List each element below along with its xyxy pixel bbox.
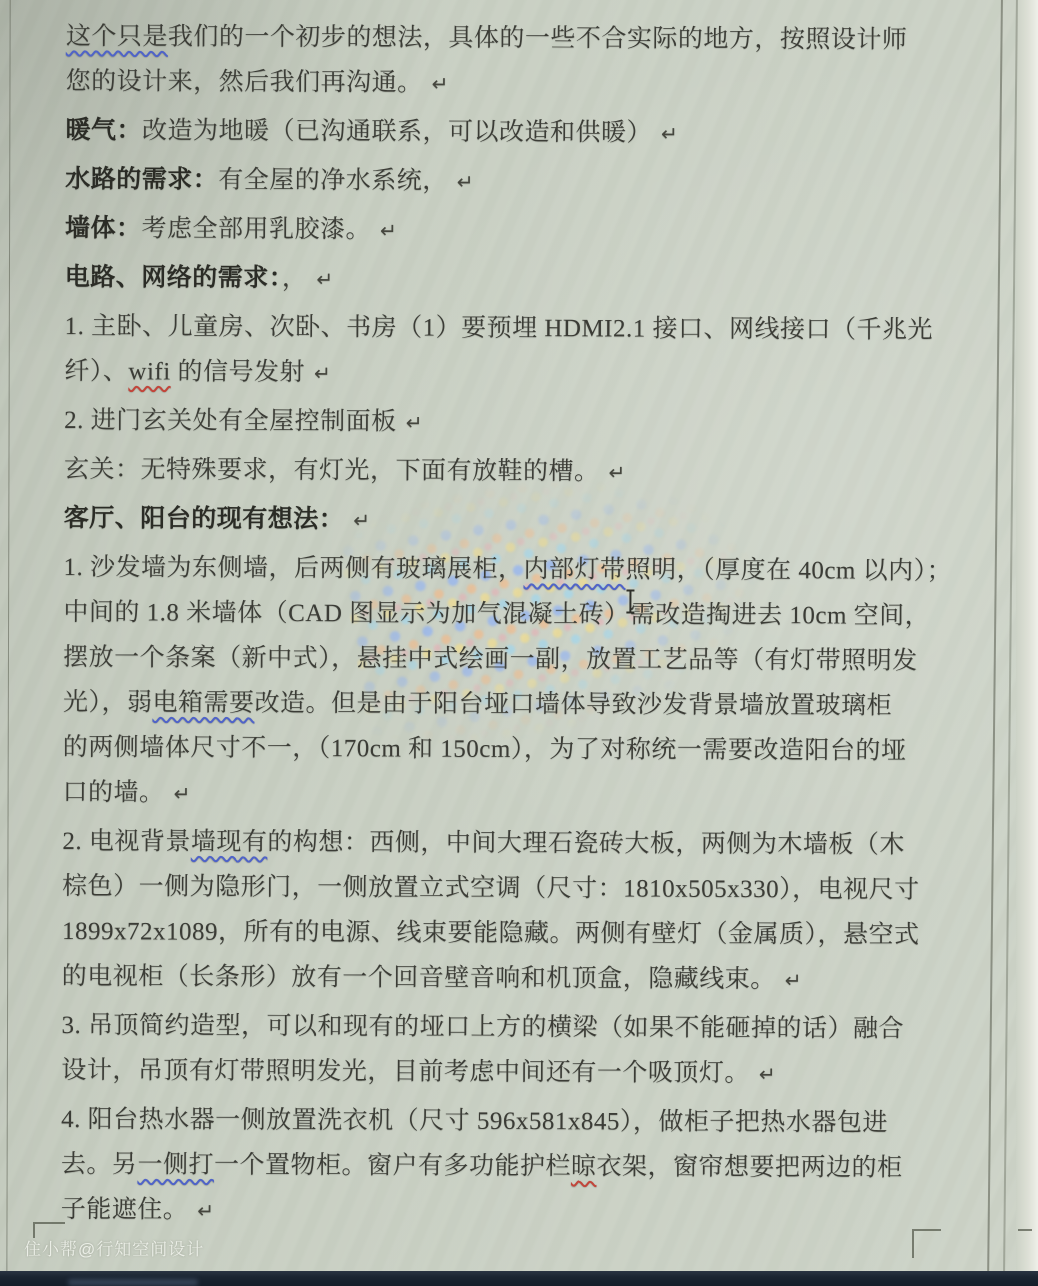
paragraph-mark: ↵ — [432, 72, 449, 96]
document-line[interactable]: 棕色）一侧为隐形门，一侧放置立式空调（尺寸：1810x505x330），电视尺寸 — [62, 864, 946, 913]
document-line[interactable]: 暖气：改造为地暖（已沟通联系，可以改造和供暖）↵ — [65, 108, 949, 158]
document-line[interactable]: 1. 沙发墙为东侧墙，后两侧有玻璃展柜，内部灯带照明，（厚度在 40cm 以内）… — [63, 545, 947, 594]
text-segment: 1899x72x1089，所有的电源、线束要能隐藏。两侧有壁灯（金属质），悬空式 — [62, 918, 920, 949]
paragraph-mark: ↵ — [785, 968, 802, 992]
text-cursor — [624, 590, 638, 614]
document-line[interactable]: 3. 吊顶简约造型，可以和现有的垭口上方的横梁（如果不能砸掉的话）融合 — [61, 1003, 945, 1052]
paragraph-mark: ↵ — [174, 781, 191, 805]
text-segment: 客厅、阳台的现有想法： — [64, 505, 345, 533]
document-line[interactable]: 客厅、阳台的现有想法：↵ — [64, 496, 948, 546]
paragraph-mark: ↵ — [608, 460, 625, 484]
text-segment: 纤）、 — [64, 358, 128, 385]
paragraph-mark: ↵ — [353, 508, 370, 532]
text-boundary-corner-mark — [1018, 1229, 1032, 1231]
text-segment: 改造为地暖（已沟通联系，可以改造和供暖） — [142, 117, 652, 146]
document-line[interactable]: 去。另一侧打一个置物柜。窗户有多功能护栏晾衣架，窗帘想要把两边的柜 — [61, 1142, 945, 1191]
text-segment: 2. 电视背景 — [62, 828, 191, 856]
text-segment: 暖气： — [65, 117, 142, 144]
text-segment: 照明，（厚度在 40cm 以内）； — [626, 556, 953, 584]
text-segment: 的两侧墙体尺寸不一，（170cm 和 150cm），为了对称统一需要改造阳台的垭 — [63, 734, 907, 765]
page-right-edge-line-inner — [987, 0, 1003, 1284]
paragraph-mark: ↵ — [314, 361, 331, 385]
text-segment: 电箱需要 — [152, 689, 254, 716]
text-segment: 墙体： — [65, 215, 142, 242]
bottom-dark-bar — [0, 1271, 1038, 1286]
document-text-area[interactable]: 这个只是我们的一个初步的想法，具体的一些不合实际的地方，按照设计师您的设计来，然… — [61, 11, 950, 1237]
paragraph-mark: ↵ — [380, 218, 397, 242]
text-segment: 您的设计来，然后我们再沟通。 — [66, 68, 423, 97]
photographed-word-document: 这个只是我们的一个初步的想法，具体的一些不合实际的地方，按照设计师您的设计来，然… — [0, 0, 1038, 1286]
text-segment: 水路的需求： — [65, 166, 218, 194]
text-segment: 衣架，窗帘想要把两边的柜 — [596, 1153, 902, 1181]
text-segment: 光），弱 — [63, 689, 153, 716]
document-line[interactable]: 这个只是我们的一个初步的想法，具体的一些不合实际的地方，按照设计师 — [66, 14, 950, 63]
text-segment: 口的墙。 — [63, 779, 165, 806]
text-segment: ， — [282, 265, 308, 292]
document-line[interactable]: 摆放一个条案（新中式），悬挂中式绘画一副，放置工艺品等（有灯带照明发 — [63, 635, 947, 684]
text-segment: 电路、网络的需求： — [65, 264, 282, 292]
document-line[interactable]: 电路、网络的需求：，↵ — [65, 255, 949, 305]
cutoff-text-smudge — [68, 1279, 198, 1286]
text-segment: 的信号发射 — [171, 358, 305, 386]
text-segment: 摆放一个条案（新中式），悬挂中式绘画一副，放置工艺品等（有灯带照明发 — [63, 644, 918, 675]
text-segment: 一侧打 — [137, 1151, 214, 1178]
text-segment: 1. 沙发墙为东侧墙，后两侧有玻璃展柜， — [64, 554, 524, 583]
text-segment: 考虑全部用乳胶漆。 — [142, 215, 372, 243]
document-line[interactable]: 光），弱电箱需要改造。但是由于阳台垭口墙体导致沙发背景墙放置玻璃柜 — [63, 680, 947, 729]
text-segment: 3. 吊顶简约造型，可以和现有的垭口上方的横梁（如果不能砸掉的话）融合 — [62, 1012, 905, 1043]
text-segment: 4. 阳台热水器一侧放置洗衣机（尺寸 596x581x845），做柜子把热水器包… — [61, 1106, 888, 1137]
page-right-edge-line-outer — [1003, 0, 1018, 1284]
paragraph-mark: ↵ — [661, 122, 678, 146]
paragraph-mark: ↵ — [759, 1062, 776, 1086]
document-line[interactable]: 玄关：无特殊要求，有灯光，下面有放鞋的槽。↵ — [64, 447, 948, 497]
text-segment: 子能遮住。 — [61, 1196, 189, 1224]
text-segment: 晾 — [571, 1153, 597, 1180]
document-line[interactable]: 2. 电视背景墙现有的构想：西侧，中间大理石瓷砖大板，两侧为木墙板（木 — [62, 819, 946, 868]
text-segment: 1. 主卧、儿童房、次卧、书房（1）要预埋 HDMI2.1 接口、网线接口（千兆… — [65, 313, 934, 344]
text-segment: 的电视柜（长条形）放有一个回音壁音响和机顶盒，隐藏线束。 — [62, 963, 776, 993]
paragraph-mark: ↵ — [406, 410, 423, 434]
paragraph-mark: ↵ — [316, 267, 333, 291]
document-line[interactable]: 2. 进门玄关处有全屋控制面板↵ — [64, 398, 948, 448]
text-segment: 一个置物柜。窗户有多功能护栏 — [214, 1152, 571, 1181]
document-line[interactable]: 的两侧墙体尺寸不一，（170cm 和 150cm），为了对称统一需要改造阳台的垭 — [63, 725, 947, 774]
document-line[interactable]: 设计，吊顶有灯带照明发光，目前考虑中间还有一个吸顶灯。↵ — [61, 1048, 945, 1098]
document-line[interactable]: 纤）、wifi 的信号发射↵ — [64, 349, 948, 399]
text-segment: 改造。但是由于阳台垭口墙体导致沙发背景墙放置玻璃柜 — [254, 690, 892, 720]
text-segment: 去。另 — [61, 1151, 138, 1178]
text-segment: 的构想：西侧，中间大理石瓷砖大板，两侧为木墙板（木 — [267, 829, 905, 859]
text-segment: wifi — [128, 358, 170, 385]
document-line[interactable]: 4. 阳台热水器一侧放置洗衣机（尺寸 596x581x845），做柜子把热水器包… — [61, 1097, 945, 1146]
text-segment: 我们的一个初步的想法，具体的一些不合实际的地方，按照设计师 — [168, 23, 908, 53]
document-line[interactable]: 墙体：考虑全部用乳胶漆。↵ — [65, 206, 949, 256]
text-segment: 这个只是 — [66, 23, 168, 50]
document-line[interactable]: 的电视柜（长条形）放有一个回音壁音响和机顶盒，隐藏线束。↵ — [62, 954, 946, 1004]
text-segment: 2. 进门玄关处有全屋控制面板 — [64, 407, 397, 435]
text-segment: 有全屋的净水系统， — [218, 167, 448, 195]
document-line[interactable]: 1. 主卧、儿童房、次卧、书房（1）要预埋 HDMI2.1 接口、网线接口（千兆… — [65, 304, 949, 353]
text-segment: 设计，吊顶有灯带照明发光，目前考虑中间还有一个吸顶灯。 — [61, 1057, 750, 1087]
page-right-margin-strip — [1016, 0, 1038, 1286]
document-line[interactable]: 水路的需求：有全屋的净水系统，↵ — [65, 157, 949, 207]
document-line[interactable]: 您的设计来，然后我们再沟通。↵ — [66, 59, 950, 109]
text-segment: 中间的 1.8 米墙体（CAD 图显示为加气混凝土砖） — [63, 599, 629, 628]
document-line[interactable]: 子能遮住。↵ — [61, 1187, 945, 1237]
text-segment: 棕色）一侧为隐形门，一侧放置立式空调（尺寸：1810x505x330），电视尺寸 — [62, 873, 920, 904]
paragraph-mark: ↵ — [457, 170, 474, 194]
text-segment: 玄关：无特殊要求，有灯光，下面有放鞋的槽。 — [64, 456, 600, 485]
text-boundary-corner-mark — [912, 1229, 941, 1258]
document-line[interactable]: 1899x72x1089，所有的电源、线束要能隐藏。两侧有壁灯（金属质），悬空式 — [62, 909, 946, 958]
watermark-text: 住小帮@行知空间设计 — [24, 1235, 204, 1260]
page-left-edge-line — [6, 0, 10, 1286]
document-line[interactable]: 中间的 1.8 米墙体（CAD 图显示为加气混凝土砖）需改造掏进去 10cm 空… — [63, 590, 947, 639]
document-line[interactable]: 口的墙。↵ — [62, 770, 946, 820]
text-segment: 墙现有 — [191, 829, 268, 856]
text-segment: 需改造掏进去 10cm 空间， — [630, 601, 931, 629]
paragraph-mark: ↵ — [197, 1199, 214, 1223]
text-segment: 内部灯带 — [524, 556, 626, 583]
